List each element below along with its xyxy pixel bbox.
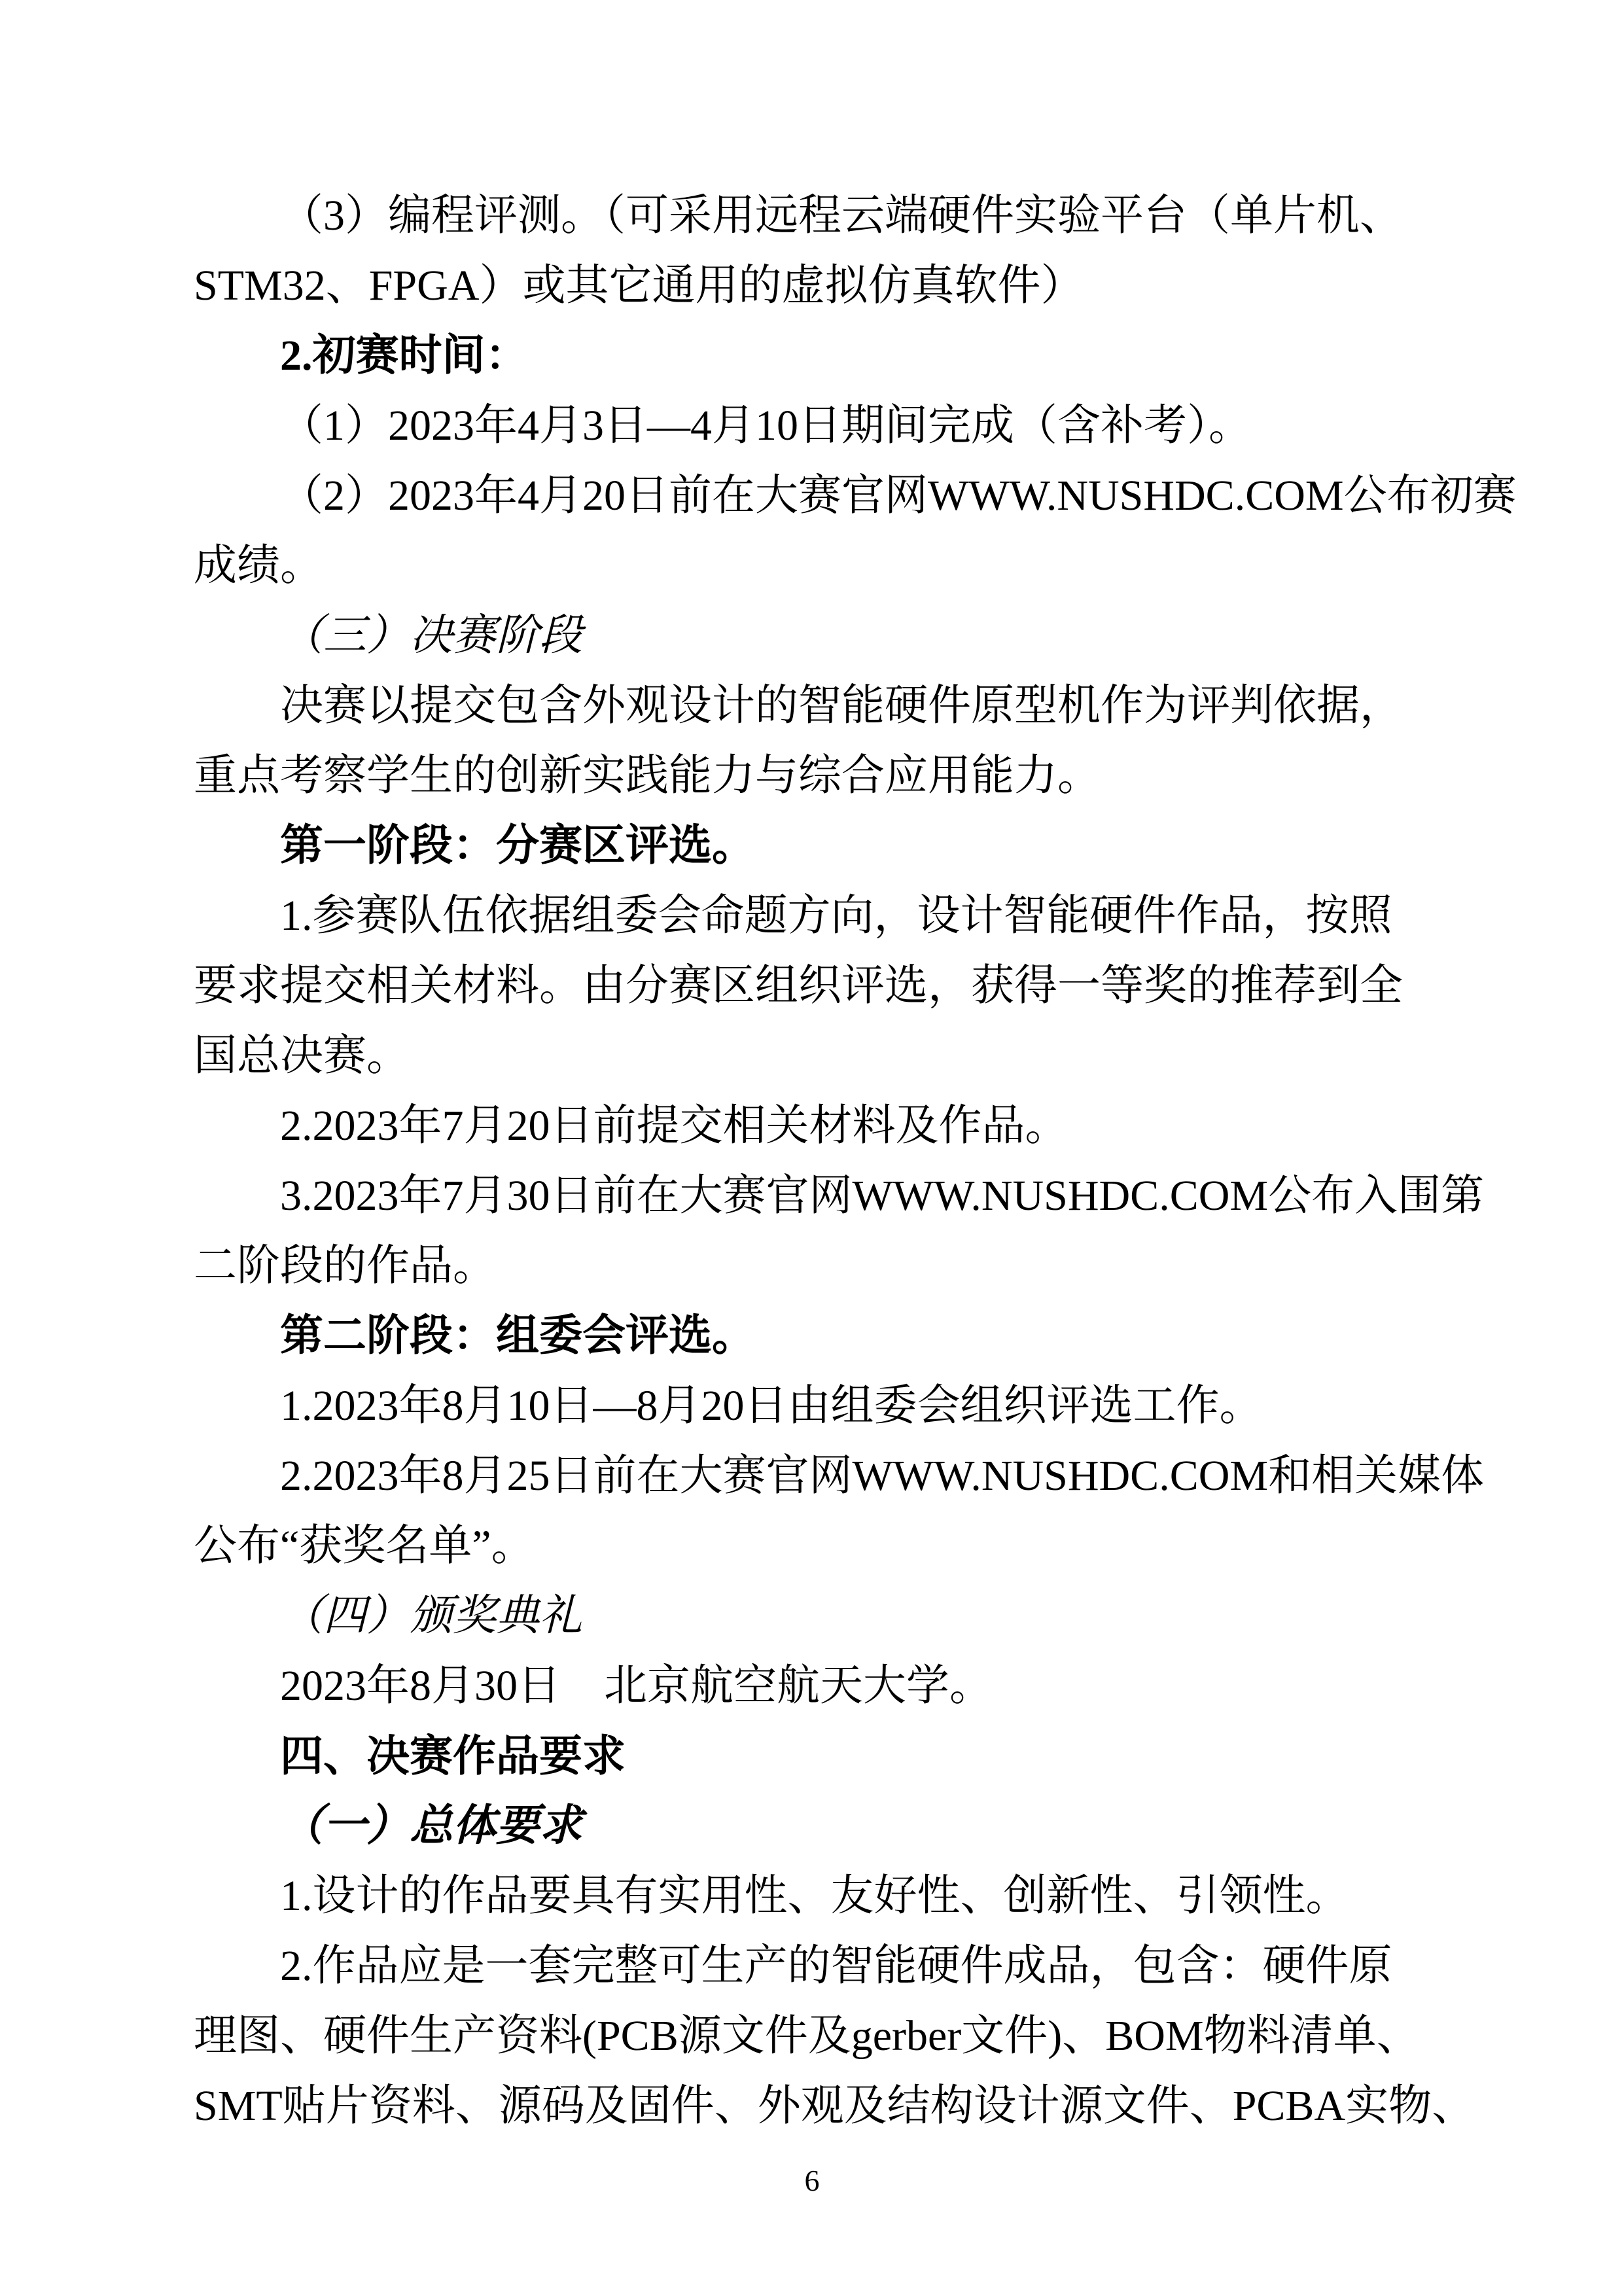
text-line: 1.2023年8月10日—8月20日由组委会组织评选工作。 (194, 1371, 1443, 1441)
text-line: （2）2023年4月20日前在大赛官网WWW.NUSHDC.COM公布初赛 (194, 461, 1443, 531)
text-line: 1.设计的作品要具有实用性、友好性、创新性、引领性。 (194, 1861, 1443, 1931)
text-line: 成绩。 (194, 531, 1443, 601)
document-page: （3）编程评测。（可采用远程云端硬件实验平台（单片机、STM32、FPGA）或其… (0, 0, 1624, 2296)
page-number: 6 (0, 2163, 1624, 2199)
text-line: 要求提交相关材料。由分赛区组织评选，获得一等奖的推荐到全 (194, 951, 1443, 1021)
text-line: 3.2023年7月30日前在大赛官网WWW.NUSHDC.COM公布入围第 (194, 1161, 1443, 1231)
text-line: （1）2023年4月3日—4月10日期间完成（含补考）。 (194, 391, 1443, 461)
text-line: 2.2023年8月25日前在大赛官网WWW.NUSHDC.COM和相关媒体 (194, 1441, 1443, 1511)
text-line: 四、决赛作品要求 (194, 1721, 1443, 1791)
text-line: 理图、硬件生产资料(PCB源文件及gerber文件)、BOM物料清单、 (194, 2001, 1443, 2071)
text-line: （一）总体要求 (194, 1791, 1443, 1861)
text-line: （四）颁奖典礼 (194, 1581, 1443, 1651)
text-line: 二阶段的作品。 (194, 1231, 1443, 1301)
page-body: （3）编程评测。（可采用远程云端硬件实验平台（单片机、STM32、FPGA）或其… (194, 181, 1443, 2141)
text-line: 第一阶段：分赛区评选。 (194, 811, 1443, 881)
text-line: （三）决赛阶段 (194, 601, 1443, 671)
text-line: 2.2023年7月20日前提交相关材料及作品。 (194, 1091, 1443, 1161)
text-line: 2.初赛时间： (194, 321, 1443, 391)
text-line: 重点考察学生的创新实践能力与综合应用能力。 (194, 741, 1443, 811)
text-line: SMT贴片资料、源码及固件、外观及结构设计源文件、PCBA实物、 (194, 2071, 1443, 2141)
text-line: 决赛以提交包含外观设计的智能硬件原型机作为评判依据， (194, 671, 1443, 741)
text-line: 国总决赛。 (194, 1021, 1443, 1091)
text-line: （3）编程评测。（可采用远程云端硬件实验平台（单片机、 (194, 181, 1443, 251)
text-line: 1.参赛队伍依据组委会命题方向，设计智能硬件作品，按照 (194, 881, 1443, 951)
text-line: 2.作品应是一套完整可生产的智能硬件成品，包含：硬件原 (194, 1931, 1443, 2001)
text-line: 2023年8月30日 北京航空航天大学。 (194, 1651, 1443, 1721)
text-line: 第二阶段：组委会评选。 (194, 1301, 1443, 1371)
text-line: STM32、FPGA）或其它通用的虚拟仿真软件） (194, 251, 1443, 321)
text-line: 公布“获奖名单”。 (194, 1511, 1443, 1581)
